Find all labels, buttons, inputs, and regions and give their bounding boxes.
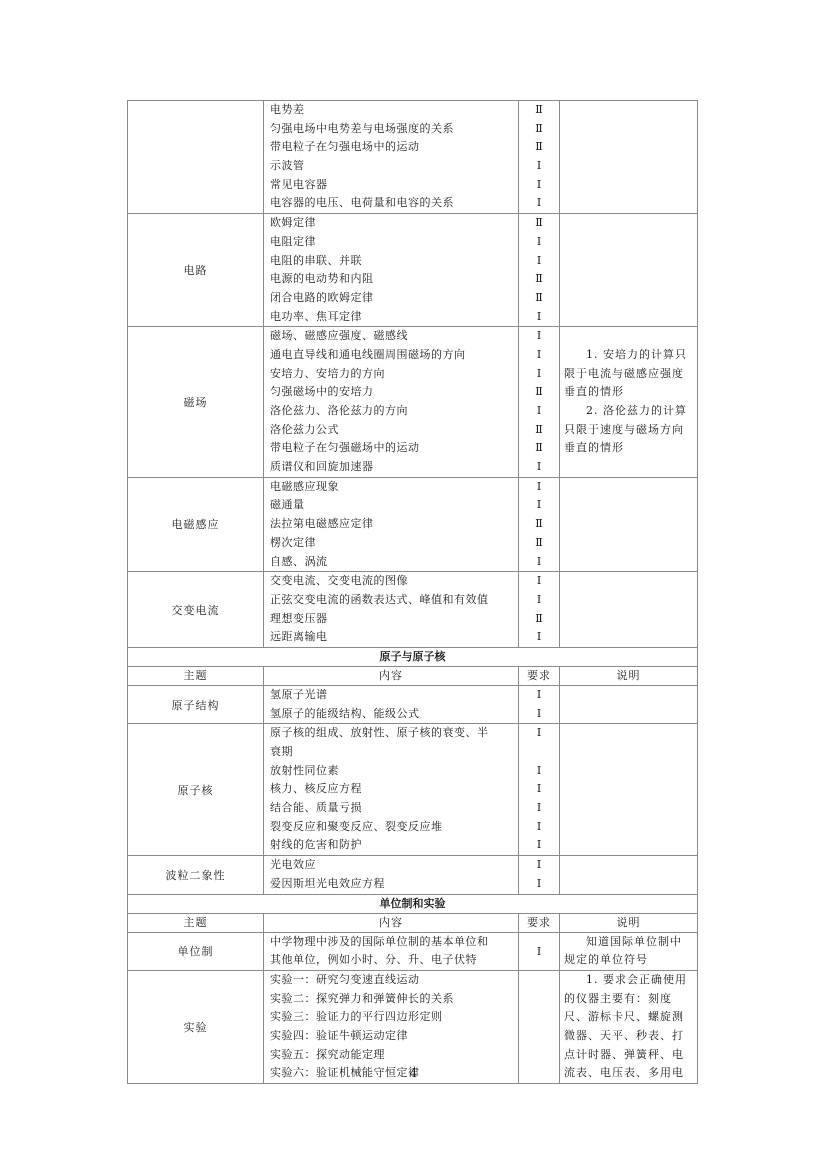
requirement-level: Ⅰ [519,705,559,724]
table-row: 原子核 原子核的组成、放射性、原子核的衰变、半 衰期 放射性同位素 核力、核反应… [128,724,698,856]
requirement-level: Ⅰ [519,402,559,421]
requirement-level: Ⅰ [519,252,559,271]
note-cell [560,724,698,856]
content-line: 电磁感应现象 [270,478,518,497]
requirement-level: Ⅰ [519,233,559,252]
table-row: 波粒二象性 光电效应 爱因斯坦光电效应方程 Ⅰ Ⅰ [128,856,698,894]
content-cell: 交变电流、交变电流的图像 正弦交变电流的函数表达式、峰值和有效值 理想变压器 远… [264,572,519,648]
content-line: 实验一：研究匀变速直线运动 [270,971,518,990]
requirement-level: Ⅱ [519,289,559,308]
content-line: 自感、涡流 [270,553,518,572]
requirement-level: Ⅰ [519,686,559,705]
requirement-level: Ⅰ [519,836,559,855]
content-line: 法拉第电磁感应定律 [270,515,518,534]
requirement-level: Ⅰ [519,496,559,515]
note-cell [560,101,698,214]
content-line: 实验二：探究弹力和弹簧伸长的关系 [270,990,518,1009]
content-cell: 电磁感应现象 磁通量 法拉第电磁感应定律 楞次定律 自感、涡流 [264,477,519,571]
column-header-note: 说明 [560,913,698,932]
requirement-level: Ⅰ [519,724,559,743]
note-cell [560,856,698,894]
column-header-content: 内容 [264,666,519,685]
requirement-level: Ⅱ [519,515,559,534]
requirement-level: Ⅰ [519,856,559,875]
requirement-cell: Ⅰ [519,932,560,970]
column-header-content: 内容 [264,913,519,932]
content-line: 电容器的电压、电荷量和电容的关系 [270,194,518,213]
content-line: 电源的电动势和内阻 [270,270,518,289]
requirement-level: Ⅰ [519,327,559,346]
content-line: 电势差 [270,101,518,120]
requirement-level: Ⅰ [519,572,559,591]
table-row: 电势差 匀强电场中电势差与电场强度的关系 带电粒子在匀强电场中的运动 示波管 常… [128,101,698,214]
content-line: 欧姆定律 [270,214,518,233]
requirement-cell: Ⅰ Ⅰ Ⅰ Ⅱ Ⅰ Ⅱ Ⅱ Ⅰ [519,327,560,478]
content-line: 示波管 [270,157,518,176]
topic-cell [128,101,264,214]
requirement-level [519,743,559,762]
content-cell: 原子核的组成、放射性、原子核的衰变、半 衰期 放射性同位素 核力、核反应方程 结… [264,724,519,856]
column-header-requirement: 要求 [519,666,560,685]
requirement-level: Ⅰ [519,628,559,647]
content-cell: 氢原子光谱 氢原子的能级结构、能级公式 [264,685,519,723]
page-number: 4 [0,1066,827,1080]
content-line: 带电粒子在匀强磁场中的运动 [270,439,518,458]
note-paragraph: 2. 洛伦兹力的计算只限于速度与磁场方向垂直的情形 [564,402,693,458]
table-row: 电路 欧姆定律 电阻定律 电阻的串联、并联 电源的电动势和内阻 闭合电路的欧姆定… [128,214,698,327]
requirement-cell: Ⅰ Ⅰ [519,856,560,894]
column-header-note: 说明 [560,666,698,685]
topic-cell: 原子核 [128,724,264,856]
requirement-level: Ⅰ [519,365,559,384]
content-line: 实验四：验证牛顿运动定律 [270,1027,518,1046]
requirement-cell: Ⅱ Ⅱ Ⅱ Ⅰ Ⅰ Ⅰ [519,101,560,214]
requirement-level: Ⅱ [519,101,559,120]
content-line: 楞次定律 [270,534,518,553]
content-cell: 光电效应 爱因斯坦光电效应方程 [264,856,519,894]
requirement-level: Ⅰ [519,875,559,894]
section-title: 原子与原子核 [128,647,698,666]
content-line: 磁通量 [270,496,518,515]
note-cell: 1. 安培力的计算只限于电流与磁感应强度垂直的情形 2. 洛伦兹力的计算只限于速… [560,327,698,478]
table-row: 电磁感应 电磁感应现象 磁通量 法拉第电磁感应定律 楞次定律 自感、涡流 Ⅰ Ⅰ… [128,477,698,571]
content-line: 带电粒子在匀强电场中的运动 [270,138,518,157]
column-header-topic: 主题 [128,666,264,685]
requirement-level: Ⅰ [519,478,559,497]
content-line: 射线的危害和防护 [270,836,518,855]
content-line: 衰期 [270,743,518,762]
topic-cell: 电磁感应 [128,477,264,571]
syllabus-table: 电势差 匀强电场中电势差与电场强度的关系 带电粒子在匀强电场中的运动 示波管 常… [127,100,698,1084]
column-header-requirement: 要求 [519,913,560,932]
requirement-level: Ⅱ [519,120,559,139]
table-row: 磁场 磁场、磁感应强度、磁感线 通电直导线和通电线圈周围磁场的方向 安培力、安培… [128,327,698,478]
content-line: 匀强磁场中的安培力 [270,383,518,402]
requirement-level: Ⅰ [519,157,559,176]
requirement-level: Ⅱ [519,421,559,440]
requirement-cell: Ⅰ Ⅰ Ⅰ Ⅰ Ⅰ Ⅰ [519,724,560,856]
requirement-level: Ⅰ [519,346,559,365]
requirement-level: Ⅰ [519,780,559,799]
content-line: 实验三：验证力的平行四边形定则 [270,1008,518,1027]
content-line: 放射性同位素 [270,762,518,781]
requirement-level: Ⅰ [519,176,559,195]
content-cell: 磁场、磁感应强度、磁感线 通电直导线和通电线圈周围磁场的方向 安培力、安培力的方… [264,327,519,478]
content-line: 远距离输电 [270,628,518,647]
requirement-level: Ⅱ [519,214,559,233]
content-line: 电功率、焦耳定律 [270,308,518,327]
content-line: 结合能、质量亏损 [270,799,518,818]
content-line: 理想变压器 [270,610,518,629]
table-row: 单位制 中学物理中涉及的国际单位制的基本单位和 其他单位，例如小时、分、升、电子… [128,932,698,970]
document-page: 电势差 匀强电场中电势差与电场强度的关系 带电粒子在匀强电场中的运动 示波管 常… [127,100,697,1084]
requirement-level: Ⅱ [519,383,559,402]
content-line: 爱因斯坦光电效应方程 [270,875,518,894]
note-cell [560,685,698,723]
requirement-level: Ⅱ [519,138,559,157]
topic-cell: 波粒二象性 [128,856,264,894]
column-header-topic: 主题 [128,913,264,932]
requirement-level: Ⅱ [519,439,559,458]
note-paragraph: 知道国际单位制中规定的单位符号 [564,933,693,970]
header-row: 主题 内容 要求 说明 [128,913,698,932]
requirement-level: Ⅱ [519,534,559,553]
content-line: 通电直导线和通电线圈周围磁场的方向 [270,346,518,365]
topic-cell: 电路 [128,214,264,327]
content-line: 其他单位，例如小时、分、升、电子伏特 [270,951,518,970]
header-row: 主题 内容 要求 说明 [128,666,698,685]
content-line: 正弦交变电流的函数表达式、峰值和有效值 [270,591,518,610]
content-line: 质谱仪和回旋加速器 [270,458,518,477]
content-line: 光电效应 [270,856,518,875]
topic-cell: 交变电流 [128,572,264,648]
note-cell [560,477,698,571]
content-line: 洛伦兹力、洛伦兹力的方向 [270,402,518,421]
content-cell: 电势差 匀强电场中电势差与电场强度的关系 带电粒子在匀强电场中的运动 示波管 常… [264,101,519,214]
requirement-cell: Ⅰ Ⅰ Ⅱ Ⅰ [519,572,560,648]
note-cell [560,214,698,327]
content-cell: 中学物理中涉及的国际单位制的基本单位和 其他单位，例如小时、分、升、电子伏特 [264,932,519,970]
content-line: 闭合电路的欧姆定律 [270,289,518,308]
content-line: 常见电容器 [270,176,518,195]
content-line: 氢原子的能级结构、能级公式 [270,705,518,724]
topic-cell: 磁场 [128,327,264,478]
content-line: 实验五：探究动能定理 [270,1046,518,1065]
requirement-cell: Ⅰ Ⅰ [519,685,560,723]
requirement-level: Ⅱ [519,270,559,289]
content-line: 洛伦兹力公式 [270,421,518,440]
topic-cell: 单位制 [128,932,264,970]
section-title: 单位制和实验 [128,894,698,913]
table-row: 原子结构 氢原子光谱 氢原子的能级结构、能级公式 Ⅰ Ⅰ [128,685,698,723]
section-title-row: 原子与原子核 [128,647,698,666]
content-line: 原子核的组成、放射性、原子核的衰变、半 [270,724,518,743]
table-row: 交变电流 交变电流、交变电流的图像 正弦交变电流的函数表达式、峰值和有效值 理想… [128,572,698,648]
requirement-level: Ⅰ [519,553,559,572]
requirement-level: Ⅰ [519,194,559,213]
requirement-level: Ⅰ [519,308,559,327]
content-line: 电阻定律 [270,233,518,252]
requirement-level: Ⅰ [519,799,559,818]
content-line: 中学物理中涉及的国际单位制的基本单位和 [270,933,518,952]
requirement-level: Ⅰ [519,591,559,610]
requirement-level: Ⅱ [519,610,559,629]
requirement-level: Ⅰ [519,818,559,837]
note-cell: 知道国际单位制中规定的单位符号 [560,932,698,970]
content-cell: 欧姆定律 电阻定律 电阻的串联、并联 电源的电动势和内阻 闭合电路的欧姆定律 电… [264,214,519,327]
content-line: 裂变反应和聚变反应、裂变反应堆 [270,818,518,837]
note-paragraph: 1. 安培力的计算只限于电流与磁感应强度垂直的情形 [564,346,693,402]
note-cell [560,572,698,648]
topic-cell: 原子结构 [128,685,264,723]
requirement-cell: Ⅰ Ⅰ Ⅱ Ⅱ Ⅰ [519,477,560,571]
content-line: 匀强电场中电势差与电场强度的关系 [270,120,518,139]
content-line: 氢原子光谱 [270,686,518,705]
content-line: 核力、核反应方程 [270,780,518,799]
requirement-level: Ⅰ [519,762,559,781]
content-line: 交变电流、交变电流的图像 [270,572,518,591]
content-line: 电阻的串联、并联 [270,252,518,271]
requirement-cell: Ⅱ Ⅰ Ⅰ Ⅱ Ⅱ Ⅰ [519,214,560,327]
requirement-level: Ⅰ [519,458,559,477]
content-line: 安培力、安培力的方向 [270,365,518,384]
content-line: 磁场、磁感应强度、磁感线 [270,327,518,346]
section-title-row: 单位制和实验 [128,894,698,913]
